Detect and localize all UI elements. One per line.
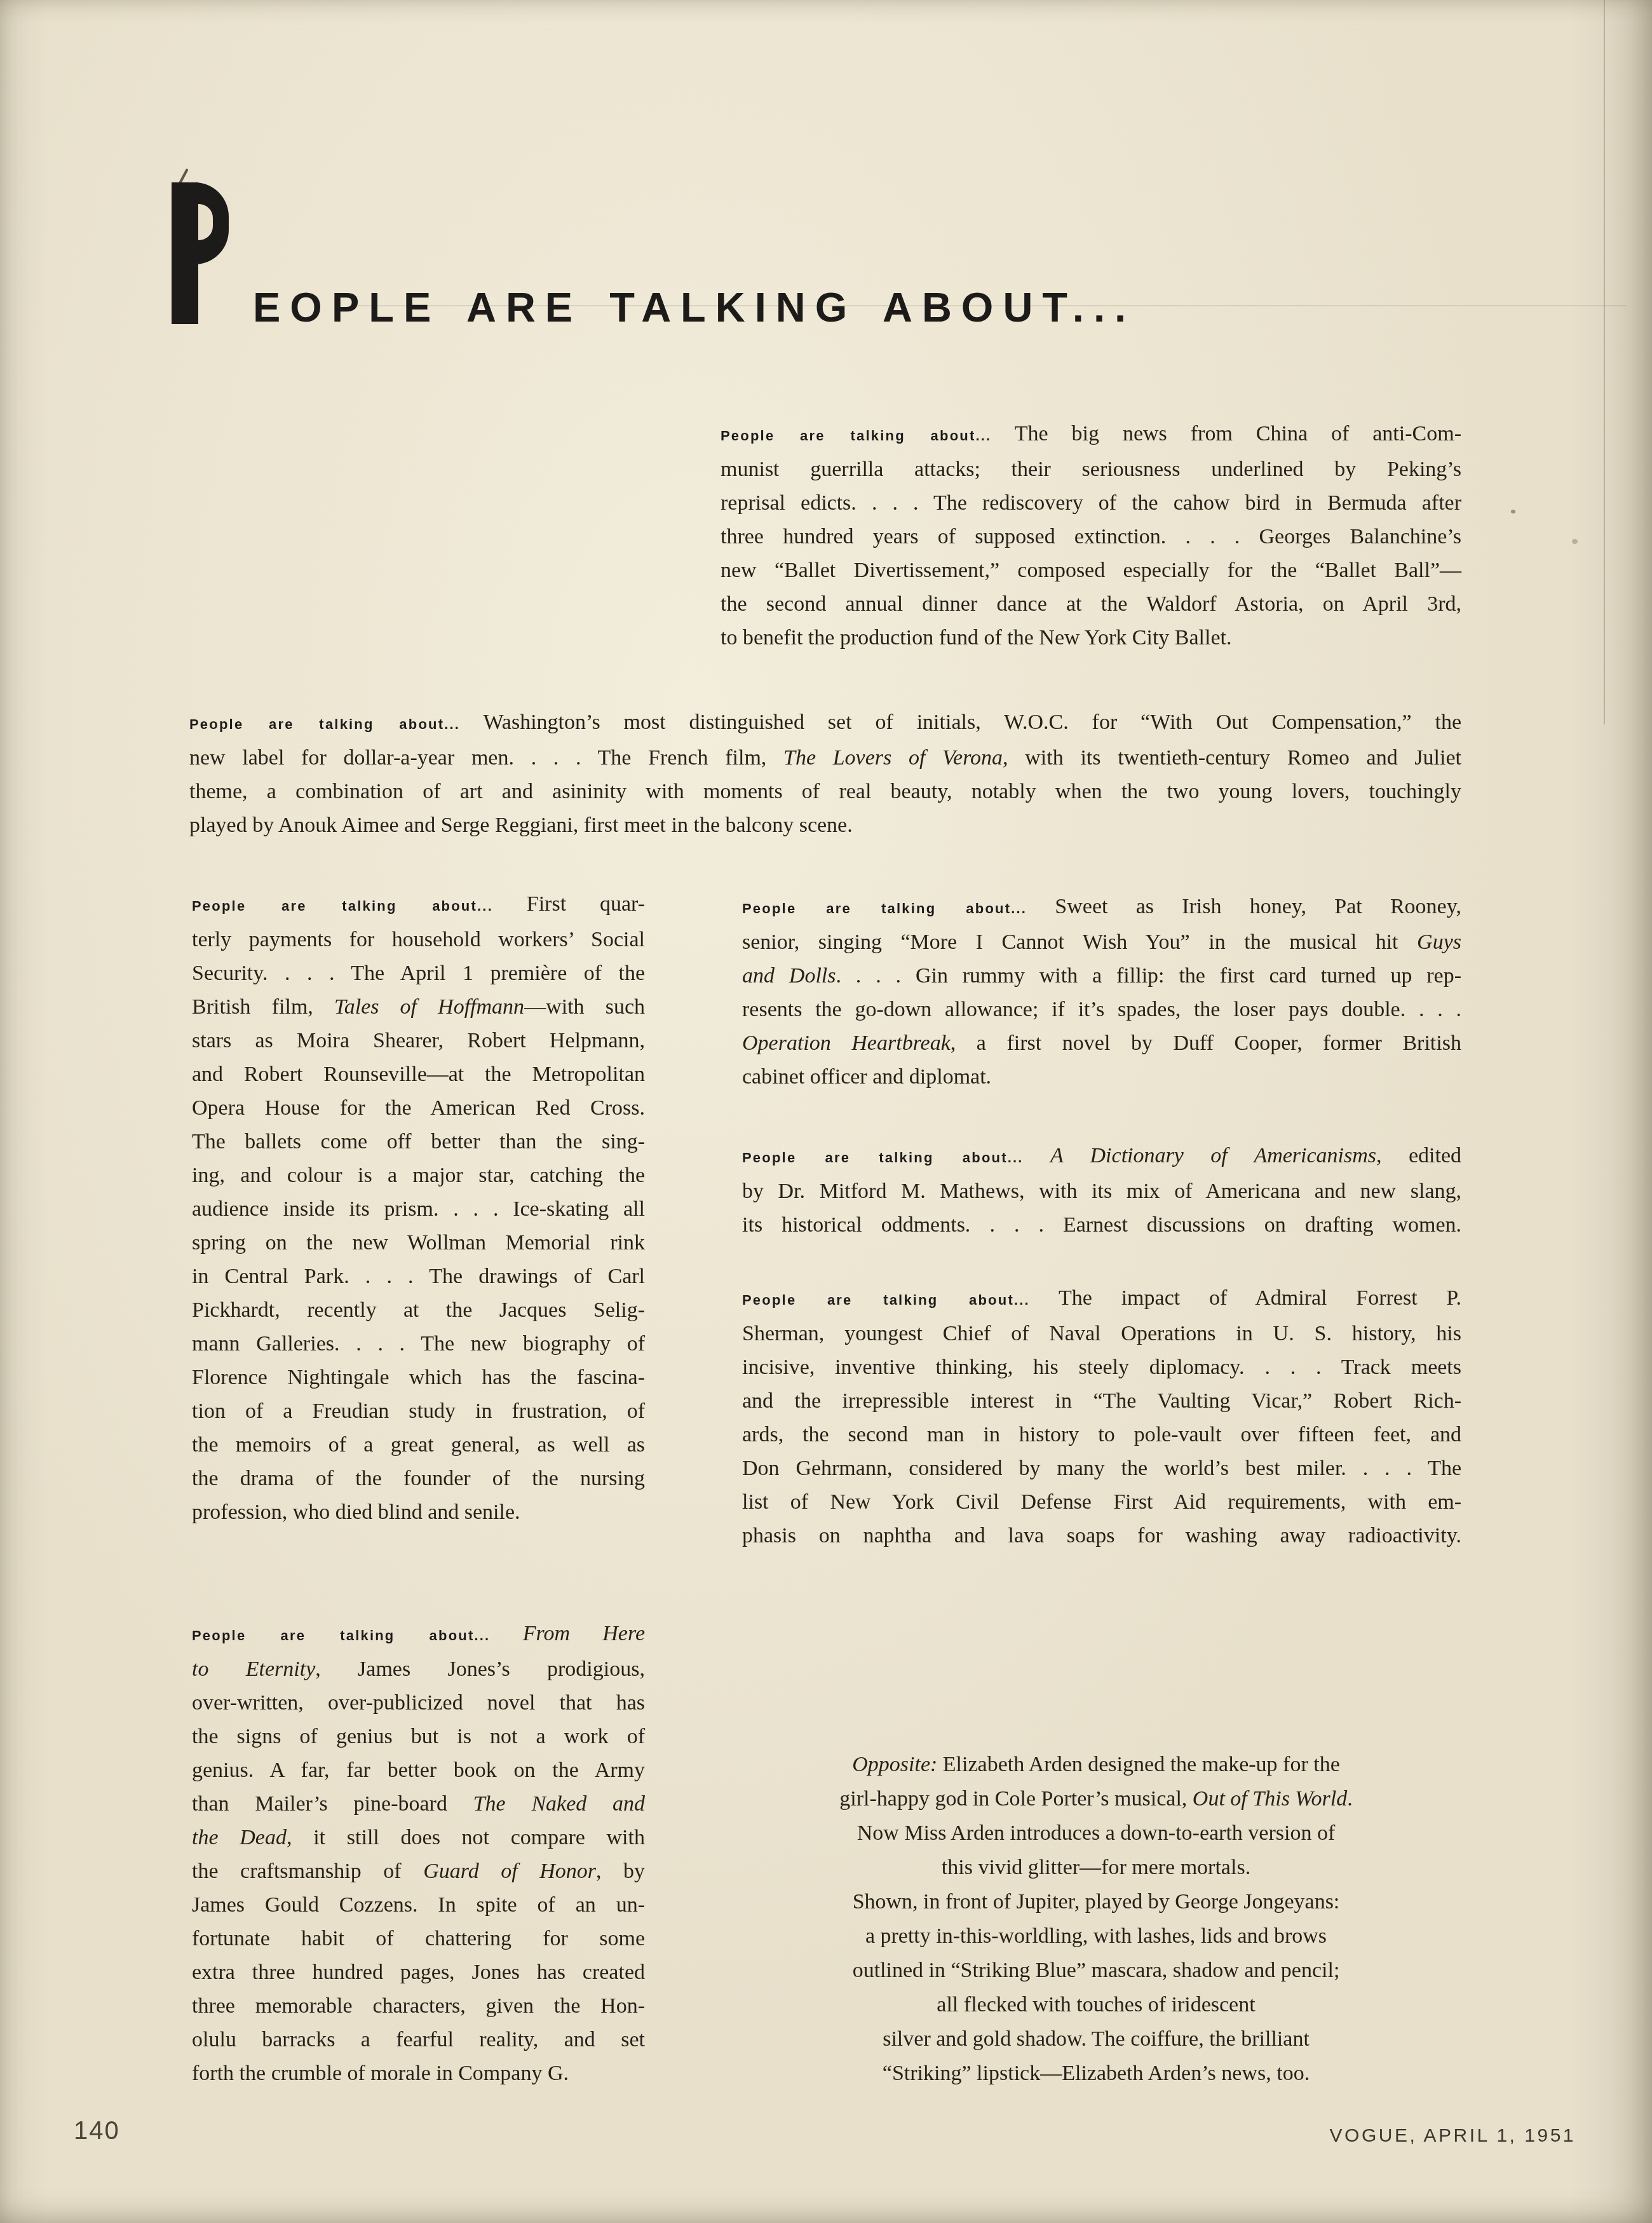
italic-text: Tales of Hoffmann [334,995,524,1019]
body-text: Washington’s most distinguished set of i… [460,710,1461,734]
body-text: ing, and colour is a major star, catchin… [192,1164,645,1187]
right-column-paragraph-1: People are talking about... Sweet as Iri… [742,890,1461,1094]
page-edge-line [1604,0,1605,724]
text-line: three hundred years of supposed extincti… [721,520,1461,554]
text-line: Now Miss Arden introduces a down-to-eart… [718,1816,1474,1851]
text-line: “Striking” lipstick—Elizabeth Arden’s ne… [718,2056,1474,2091]
text-line: phasis on naphtha and lava soaps for was… [742,1519,1461,1553]
body-text: than Mailer’s pine-board [192,1792,473,1816]
italic-text: the Dead [192,1826,287,1849]
body-text: audience inside its prism. . . . Ice-ska… [192,1197,645,1221]
text-line: and the irrepressible interest in “The V… [742,1384,1461,1418]
body-text: tion of a Freudian study in frustration,… [192,1399,645,1423]
italic-text: From Here [523,1622,645,1645]
body-text: list of New York Civil Defense First Aid… [742,1490,1461,1514]
text-line: The ballets come off better than the sin… [192,1125,645,1159]
text-line: extra three hundred pages, Jones has cre… [192,1955,645,1989]
text-line: the Dead, it still does not compare with [192,1821,645,1854]
page-number: 140 [74,2117,120,2145]
body-text: by Dr. Mitford M. Mathews, with its mix … [742,1179,1461,1203]
body-text: new label for dollar-a-year men. . . . T… [189,746,783,770]
text-line: People are talking about... Sweet as Iri… [742,890,1461,925]
drop-cap-stem [172,182,198,324]
text-line: British film, Tales of Hoffmann—with suc… [192,990,645,1024]
body-text: profession, who died blind and senile. [192,1500,520,1524]
paragraph-lead-in: People are talking about... [192,898,493,914]
body-text: First quar- [493,892,645,916]
body-text: Shown, in front of Jupiter, played by Ge… [853,1890,1340,1914]
body-text: Security. . . . The April 1 première of … [192,962,645,985]
body-text: genius. A far, far better book on the Ar… [192,1758,645,1782]
body-text: Now Miss Arden introduces a down-to-eart… [857,1821,1336,1845]
text-line: People are talking about... First quar- [192,887,645,923]
text-line: munist guerrilla attacks; their seriousn… [721,452,1461,486]
italic-text: Operation Heartbreak [742,1031,951,1055]
text-line: Operation Heartbreak, a first novel by D… [742,1026,1461,1060]
text-line: ing, and colour is a major star, catchin… [192,1159,645,1192]
italic-text: The Lovers of Verona [783,746,1003,770]
text-line: audience inside its prism. . . . Ice-ska… [192,1192,645,1226]
text-line: its historical oddments. . . . Earnest d… [742,1208,1461,1242]
drop-cap-p: P [172,182,229,324]
body-text: fortunate habit of chattering for some [192,1927,645,1950]
text-line: a pretty in-this-worldling, with lashes,… [718,1919,1474,1954]
text-line: theme, a combination of art and asininit… [189,775,1461,808]
right-column-paragraph-2: People are talking about... A Dictionary… [742,1139,1461,1242]
text-line: all flecked with touches of iridescent [718,1988,1474,2022]
left-column-paragraph-1: People are talking about... First quar-t… [192,887,645,1529]
body-text: munist guerrilla attacks; their seriousn… [721,458,1461,481]
body-text: silver and gold shadow. The coiffure, th… [883,2027,1310,2051]
text-line: olulu barracks a fearful reality, and se… [192,2023,645,2056]
opposite-caption: Opposite: Elizabeth Arden designed the m… [718,1748,1474,2091]
body-text: new “Ballet Divertissement,” composed es… [721,559,1461,582]
body-text: Pickhardt, recently at the Jacques Selig… [192,1298,645,1322]
body-text: the memoirs of a great general, as well … [192,1433,645,1457]
text-line: fortunate habit of chattering for some [192,1922,645,1955]
text-line: to Eternity, James Jones’s prodigious, [192,1652,645,1686]
body-text: over-written, over-publicized novel that… [192,1691,645,1715]
body-text: The ballets come off better than the sin… [192,1130,645,1153]
body-text: stars as Moira Shearer, Robert Helpmann, [192,1029,645,1052]
text-line: genius. A far, far better book on the Ar… [192,1753,645,1787]
left-column-paragraph-2: People are talking about... From Hereto … [192,1617,645,2090]
text-line: Sherman, youngest Chief of Naval Operati… [742,1317,1461,1350]
text-line: and Dolls. . . . Gin rummy with a fillip… [742,959,1461,993]
text-line: the signs of genius but is not a work of [192,1720,645,1753]
italic-text [490,1622,522,1645]
body-text: Florence Nightingale which has the fasci… [192,1366,645,1389]
scan-speck [1511,510,1515,513]
text-line: outlined in “Striking Blue” mascara, sha… [718,1954,1474,1988]
body-text: the drama of the founder of the nursing [192,1467,645,1490]
body-text: a pretty in-this-worldling, with lashes,… [865,1924,1327,1948]
text-line: the drama of the founder of the nursing [192,1462,645,1495]
text-line: in Central Park. . . . The drawings of C… [192,1260,645,1293]
body-text: all flecked with touches of iridescent [937,1993,1255,2016]
body-text: spring on the new Wollman Memorial rink [192,1231,645,1254]
body-text: Sweet as Irish honey, Pat Rooney, [1027,895,1461,918]
body-text: Opera House for the American Red Cross. [192,1096,645,1120]
text-line: new “Ballet Divertissement,” composed es… [721,554,1461,587]
magazine-credit: VOGUE, APRIL 1, 1951 [1330,2125,1576,2147]
text-line: profession, who died blind and senile. [192,1495,645,1529]
text-line: Security. . . . The April 1 première of … [192,956,645,990]
body-text: the second annual dinner dance at the Wa… [721,592,1461,616]
paragraph-lead-in: People are talking about... [721,428,991,444]
body-text: girl-happy god in Cole Porter’s musical, [839,1787,1193,1811]
body-text: , a first novel by Duff Cooper, former B… [951,1031,1461,1055]
paragraph-lead-in: People are talking about... [192,1628,490,1643]
text-line: People are talking about... A Dictionary… [742,1139,1461,1174]
text-line: silver and gold shadow. The coiffure, th… [718,2022,1474,2056]
italic-text: Guys [1417,930,1461,954]
text-line: to benefit the production fund of the Ne… [721,621,1461,655]
body-text: its historical oddments. . . . Earnest d… [742,1213,1461,1237]
body-text: The big news from China of anti-Com- [991,422,1461,445]
body-text: terly payments for household workers’ So… [192,928,645,951]
text-line: Opera House for the American Red Cross. [192,1091,645,1125]
text-line: People are talking about... The big news… [721,417,1461,452]
body-text: Elizabeth Arden designed the make-up for… [943,1753,1340,1776]
text-line: over-written, over-publicized novel that… [192,1686,645,1720]
italic-text: A Dictionary of Americanisms [1050,1144,1376,1167]
body-text: Don Gehrmann, considered by many the wor… [742,1457,1461,1480]
text-line: Shown, in front of Jupiter, played by Ge… [718,1885,1474,1919]
body-text: theme, a combination of art and asininit… [189,780,1461,803]
body-text: played by Anouk Aimee and Serge Reggiani… [189,813,853,837]
text-line: cabinet officer and diplomat. [742,1060,1461,1094]
text-line: Pickhardt, recently at the Jacques Selig… [192,1293,645,1327]
paragraph-lead-in: People are talking about... [189,716,460,732]
italic-text: to Eternity [192,1657,315,1681]
text-line: by Dr. Mitford M. Mathews, with its mix … [742,1174,1461,1208]
text-line: resents the go-down allowance; if it’s s… [742,993,1461,1026]
text-line: than Mailer’s pine-board The Naked and [192,1787,645,1821]
page-title: EOPLE ARE TALKING ABOUT... [253,287,1135,328]
body-text: ards, the second man in history to pole-… [742,1423,1461,1446]
text-line: James Gould Cozzens. In spite of an un- [192,1888,645,1922]
full-width-paragraph: People are talking about... Washington’s… [189,705,1461,842]
text-line: incisive, inventive thinking, his steely… [742,1350,1461,1384]
text-line: senior, singing “More I Cannot Wish You”… [742,925,1461,959]
magazine-page: P EOPLE ARE TALKING ABOUT... People are … [0,0,1652,2223]
body-text: phasis on naphtha and lava soaps for was… [742,1524,1461,1547]
text-line: mann Galleries. . . . The new biography … [192,1327,645,1361]
text-line: tion of a Freudian study in frustration,… [192,1394,645,1428]
paragraph-lead-in: People are talking about... [742,1150,1024,1166]
body-text: three hundred years of supposed extincti… [721,525,1461,548]
body-text: to benefit the production fund of the Ne… [721,626,1232,649]
text-line: reprisal edicts. . . . The rediscovery o… [721,486,1461,520]
body-text: , with its twentieth-century Romeo and J… [1003,746,1461,770]
text-line: the second annual dinner dance at the Wa… [721,587,1461,621]
body-text: outlined in “Striking Blue” mascara, sha… [853,1959,1340,1982]
text-line: Don Gehrmann, considered by many the wor… [742,1451,1461,1485]
body-text: extra three hundred pages, Jones has cre… [192,1961,645,1984]
text-line: the craftsmanship of Guard of Honor, by [192,1854,645,1888]
body-text: resents the go-down allowance; if it’s s… [742,998,1461,1021]
text-line: played by Anouk Aimee and Serge Reggiani… [189,808,1461,842]
body-text: three memorable characters, given the Ho… [192,1994,645,2018]
paragraph-lead-in: People are talking about... [742,1292,1030,1308]
body-text: , edited [1376,1144,1461,1167]
body-text: this vivid glitter—for mere mortals. [942,1856,1250,1879]
scan-speck [1572,539,1578,544]
text-line: People are talking about... From Here [192,1617,645,1652]
italic-text: Out of This World [1193,1787,1347,1811]
text-line: new label for dollar-a-year men. . . . T… [189,741,1461,775]
text-line: girl-happy god in Cole Porter’s musical,… [718,1782,1474,1816]
body-text: the signs of genius but is not a work of [192,1725,645,1748]
body-text: the craftsmanship of [192,1859,423,1883]
text-line: list of New York Civil Defense First Aid… [742,1485,1461,1519]
body-text: cabinet officer and diplomat. [742,1065,991,1089]
text-line: Opposite: Elizabeth Arden designed the m… [718,1748,1474,1782]
text-line: stars as Moira Shearer, Robert Helpmann, [192,1024,645,1057]
body-text: British film, [192,995,334,1019]
body-text: forth the crumble of morale in Company G… [192,2062,569,2085]
italic-text: Guard of Honor [423,1859,596,1883]
text-line: forth the crumble of morale in Company G… [192,2056,645,2090]
body-text: in Central Park. . . . The drawings of C… [192,1265,645,1288]
text-line: ards, the second man in history to pole-… [742,1418,1461,1451]
text-line: the memoirs of a great general, as well … [192,1428,645,1462]
intro-paragraph: People are talking about... The big news… [721,417,1461,655]
italic-text: Opposite: [852,1753,943,1776]
body-text: —with such [524,995,645,1019]
body-text: and the irrepressible interest in “The V… [742,1389,1461,1413]
text-line: Florence Nightingale which has the fasci… [192,1361,645,1394]
body-text: . . . . Gin rummy with a fillip: the fir… [836,964,1461,988]
text-line: three memorable characters, given the Ho… [192,1989,645,2023]
body-text: , James Jones’s prodigious, [315,1657,645,1681]
right-column-paragraph-3: People are talking about... The impact o… [742,1281,1461,1553]
body-text: , it still does not compare with [287,1826,645,1849]
body-text: senior, singing “More I Cannot Wish You”… [742,930,1417,954]
italic-text: and Dolls [742,964,836,988]
text-line: People are talking about... The impact o… [742,1281,1461,1317]
text-line: and Robert Rounseville—at the Metropolit… [192,1057,645,1091]
body-text [1024,1144,1050,1167]
paragraph-lead-in: People are talking about... [742,901,1027,916]
body-text: Sherman, youngest Chief of Naval Operati… [742,1322,1461,1345]
text-line: terly payments for household workers’ So… [192,923,645,956]
body-text: . [1347,1787,1353,1811]
text-line: this vivid glitter—for mere mortals. [718,1851,1474,1885]
text-line: spring on the new Wollman Memorial rink [192,1226,645,1260]
body-text: James Gould Cozzens. In spite of an un- [192,1893,645,1917]
body-text: and Robert Rounseville—at the Metropolit… [192,1063,645,1086]
body-text: olulu barracks a fearful reality, and se… [192,2028,645,2051]
body-text: , by [596,1859,645,1883]
body-text: incisive, inventive thinking, his steely… [742,1356,1461,1379]
body-text: “Striking” lipstick—Elizabeth Arden’s ne… [883,2062,1310,2085]
body-text: reprisal edicts. . . . The rediscovery o… [721,491,1461,515]
text-line: People are talking about... Washington’s… [189,705,1461,741]
body-text: mann Galleries. . . . The new biography … [192,1332,645,1356]
italic-text: The Naked and [473,1792,645,1816]
body-text: The impact of Admiral Forrest P. [1030,1286,1461,1310]
